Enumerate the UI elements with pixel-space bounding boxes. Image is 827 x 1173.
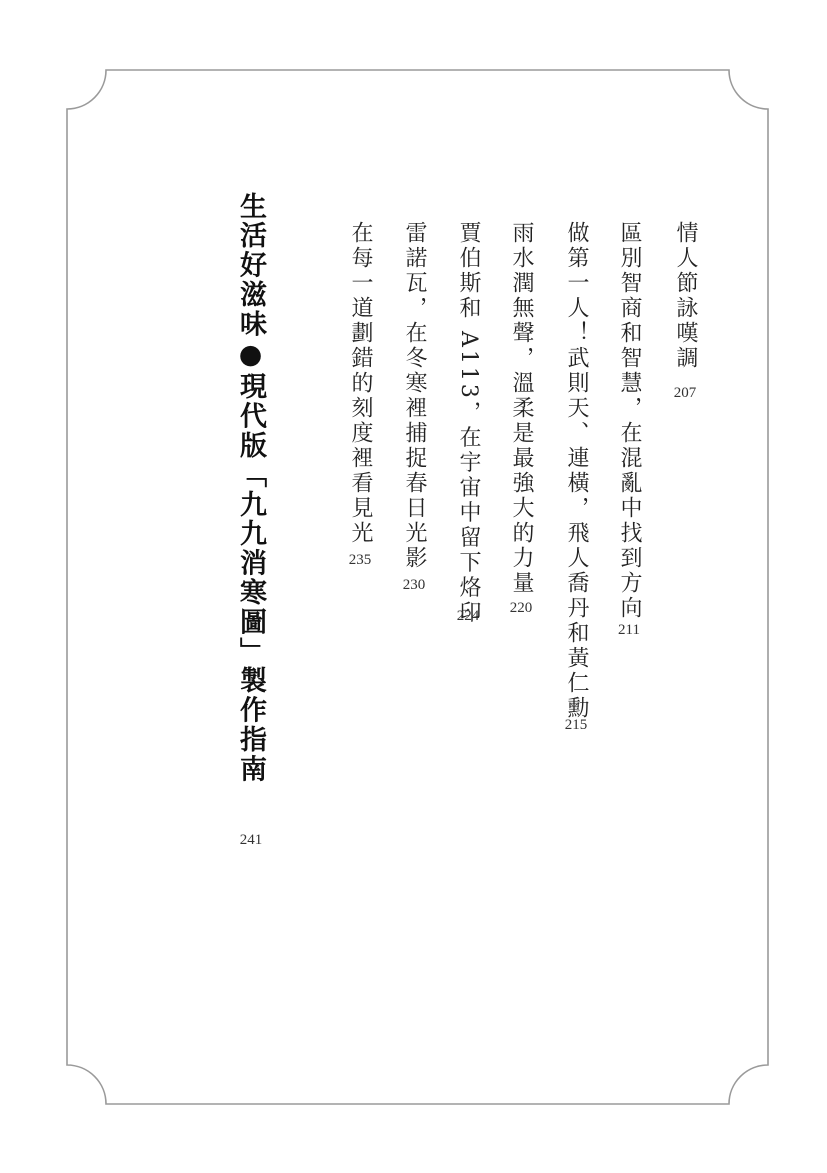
toc-entry[interactable]: 情人節詠嘆調	[672, 221, 698, 371]
toc-entry-page-number: 215	[565, 717, 588, 733]
toc-entry[interactable]: 在每一道劃錯的刻度裡看見光	[347, 221, 373, 546]
toc-entry-page-number: 235	[349, 552, 372, 568]
toc-entry-title: 雨水潤無聲，溫柔是最強大的力量	[508, 221, 534, 596]
section-page-number: 241	[240, 832, 263, 848]
toc-entry[interactable]: 賈伯斯和 A113，在宇宙中留下烙印	[455, 221, 481, 626]
section-heading-title: 生活好滋味●現代版「九九消寒圖」製作指南	[235, 192, 266, 784]
toc-entry-title: 做第一人！武則天、連橫，飛人喬丹和黃仁勳	[563, 221, 589, 721]
toc-entry[interactable]: 雷諾瓦，在冬寒裡捕捉春日光影	[401, 221, 427, 571]
toc-entry-title: 情人節詠嘆調	[672, 221, 698, 371]
toc-entry[interactable]: 做第一人！武則天、連橫，飛人喬丹和黃仁勳	[563, 221, 589, 721]
toc-entry-page-number: 207	[674, 385, 697, 401]
toc-entry-page-number: 211	[618, 622, 640, 638]
toc-entry-page-number: 220	[510, 600, 533, 616]
toc-entry[interactable]: 雨水潤無聲，溫柔是最強大的力量	[508, 221, 534, 596]
toc-entry-title: 在每一道劃錯的刻度裡看見光	[347, 221, 373, 546]
toc-entry-page-number: 230	[403, 577, 426, 593]
toc-entry-title: 雷諾瓦，在冬寒裡捕捉春日光影	[401, 221, 427, 571]
toc-entry[interactable]: 區別智商和智慧，在混亂中找到方向	[616, 221, 642, 621]
toc-entry-page-number: 224	[457, 608, 480, 624]
toc-entry-title: 賈伯斯和 A113，在宇宙中留下烙印	[455, 221, 481, 626]
section-heading[interactable]: 生活好滋味●現代版「九九消寒圖」製作指南	[235, 192, 265, 784]
toc-entry-title: 區別智商和智慧，在混亂中找到方向	[616, 221, 642, 621]
